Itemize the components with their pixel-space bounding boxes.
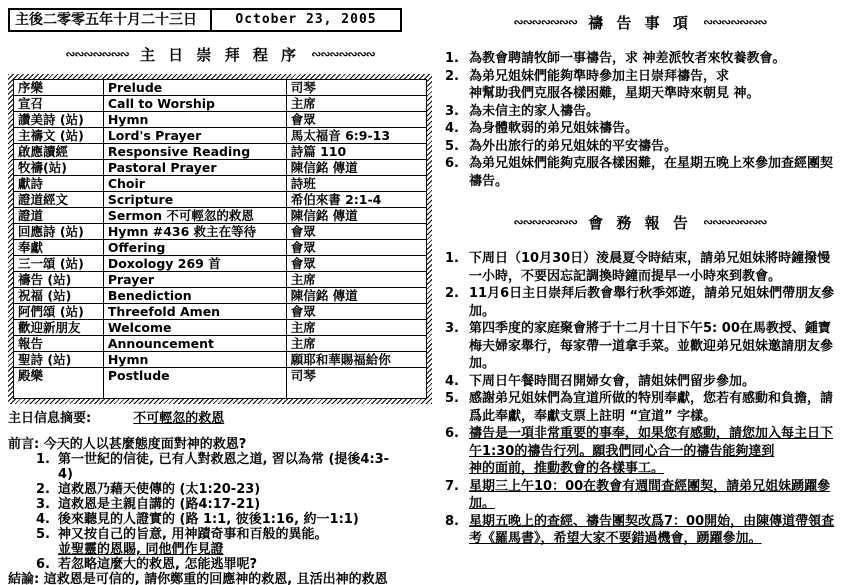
- point-text: 這救恩是主親自講的 (路4:17-21): [58, 497, 260, 512]
- point-text-line2: 並聖靈的恩賜, 同他們作見證: [58, 542, 432, 557]
- announcement-item: 4.下周日午餐時間召開婦女會，請姐妹們留步參加。: [441, 373, 839, 391]
- table-row: 序樂Prelude司琴: [14, 80, 427, 96]
- cell-en: Hymn: [103, 352, 286, 368]
- cell-cn: 回應詩 (站): [14, 224, 104, 240]
- cell-who: 會眾: [286, 112, 426, 128]
- cell-who: 會眾: [286, 240, 426, 256]
- prayer-items-title: ∾∾∾∾∾∾∾ 禱 告 事 項 ∾∾∾∾∾∾∾: [441, 12, 839, 33]
- cell-en: Choir: [103, 176, 286, 192]
- item-text: 禱告是一項非常重要的事奉，如果您有感動，請您加入每主日下午1:30的禱告行列。願…: [469, 425, 839, 478]
- cell-en: Hymn #436 救主在等待: [103, 224, 286, 240]
- item-text: 第四季度的家庭聚會將于十二月十日下午5: 00在馬教授、鍾寶梅夫婦家舉行，每家帶…: [469, 320, 839, 373]
- cell-en: Prelude: [103, 80, 286, 96]
- sermon-point: 2.這救恩乃藉天使傳的 (太1:20-23): [36, 482, 432, 497]
- cell-cn: 牧禱(站): [14, 160, 104, 176]
- table-row: 歡迎新朋友Welcome主席: [14, 320, 427, 336]
- point-text: 後來聽見的人證實的 (路 1:1, 彼後1:16, 約一1:1): [58, 512, 359, 527]
- ornament-left-icon: ∾∾∾∾∾∾∾: [514, 215, 577, 229]
- cell-cn: 聖詩 (站): [14, 352, 104, 368]
- point-number: 1.: [36, 452, 58, 482]
- right-column: ∾∾∾∾∾∾∾ 禱 告 事 項 ∾∾∾∾∾∾∾ 1.為教會聘請牧師一事禱告，求 …: [441, 6, 839, 548]
- item-number: 5.: [441, 390, 469, 425]
- cell-who: 願耶和華賜福給你: [286, 352, 426, 368]
- worship-table-border: 序樂Prelude司琴 宣召Call to Worship主席 讚美詩 (站)H…: [8, 74, 432, 404]
- prayer-item: 4.為身體軟弱的弟兄姐妹禱告。: [441, 120, 839, 138]
- prayer-item: 5.為外出旅行的弟兄姐妹的平安禱告。: [441, 138, 839, 156]
- item-number: 4.: [441, 373, 469, 391]
- table-row: 報告Announcement主席: [14, 336, 427, 352]
- table-row: 獻詩Choir詩班: [14, 176, 427, 192]
- item-text: 為外出旅行的弟兄姐妹的平安禱告。: [469, 138, 839, 156]
- cell-who: 司琴: [286, 368, 426, 399]
- item-text: 感謝弟兄姐妹們為宣道所做的特別奉獻，您若有感動和負擔，請爲此奉獻，奉獻支票上註明…: [469, 390, 839, 425]
- table-row: 三一頌 (站)Doxology 269 首會眾: [14, 256, 427, 272]
- announcements-list: 1.下周日（10月30日）淩晨夏令時結束，請弟兄姐妹將時鐘撥慢一小時，不要因忘記…: [441, 250, 839, 548]
- date-chinese: 主後二零零五年十月二十三日: [8, 8, 212, 32]
- prayer-items-list: 1.為教會聘請牧師一事禱告，求 神差派牧者來牧養教會。 2.為弟兄姐妹們能夠準時…: [441, 50, 839, 190]
- cell-cn: 獻詩: [14, 176, 104, 192]
- worship-order-title: ∾∾∾∾∾∾∾ 主 日 崇 拜 程 序 ∾∾∾∾∾∾∾: [8, 44, 432, 65]
- cell-en: Doxology 269 首: [103, 256, 286, 272]
- table-row: 證道Sermon 不可輕忽的救恩陳信銘 傳道: [14, 208, 427, 224]
- cell-en: Scripture: [103, 192, 286, 208]
- cell-cn: 序樂: [14, 80, 104, 96]
- sermon-point: 5.神又按自己的旨意, 用神蹟奇事和百般的異能。並聖靈的恩賜, 同他們作見證: [36, 527, 432, 557]
- table-row: 回應詩 (站)Hymn #436 救主在等待會眾: [14, 224, 427, 240]
- ornament-left-icon: ∾∾∾∾∾∾∾: [65, 47, 128, 61]
- cell-who: 會眾: [286, 304, 426, 320]
- cell-en: Announcement: [103, 336, 286, 352]
- prayer-item: 1.為教會聘請牧師一事禱告，求 神差派牧者來牧養教會。: [441, 50, 839, 68]
- cell-cn: 啟應讀經: [14, 144, 104, 160]
- table-row: 禱告 (站)Prayer主席: [14, 272, 427, 288]
- ornament-right-icon: ∾∾∾∾∾∾∾: [703, 15, 766, 29]
- item-number: 6.: [441, 425, 469, 478]
- cell-en: Prayer: [103, 272, 286, 288]
- point-text: 神又按自己的旨意, 用神蹟奇事和百般的異能。: [58, 527, 327, 542]
- announcement-item: 5.感謝弟兄姐妹們為宣道所做的特別奉獻，您若有感動和負擔，請爲此奉獻，奉獻支票上…: [441, 390, 839, 425]
- item-text: 11月6日主日崇拜后教會舉行秋季郊遊，請弟兄姐妹們帶朋友參加。: [469, 285, 839, 320]
- cell-en: Pastoral Prayer: [103, 160, 286, 176]
- announcements-title: ∾∾∾∾∾∾∾ 會 務 報 告 ∾∾∾∾∾∾∾: [441, 212, 839, 233]
- date-header: 主後二零零五年十月二十三日 October 23, 2005: [8, 8, 432, 32]
- ornament-right-icon: ∾∾∾∾∾∾∾: [311, 47, 374, 61]
- cell-en: Threefold Amen: [103, 304, 286, 320]
- point-number: 2.: [36, 482, 58, 497]
- cell-cn: 宣召: [14, 96, 104, 112]
- cell-cn: 奉獻: [14, 240, 104, 256]
- sermon-point: 3.這救恩是主親自講的 (路4:17-21): [36, 497, 432, 512]
- item-text: 為身體軟弱的弟兄姐妹禱告。: [469, 120, 839, 138]
- church-bulletin-page: { "date": { "cn": "主後二零零五年十月二十三日", "en":…: [0, 0, 845, 585]
- table-row: 祝福 (站)Benediction陳信銘 傳道: [14, 288, 427, 304]
- sermon-outline: 前言: 今天的人以甚麼態度面對神的救恩? 1.第一世紀的信徒, 已有人對救恩之道…: [8, 437, 432, 585]
- cell-who: 希伯來書 2:1-4: [286, 192, 426, 208]
- sermon-conclusion: 結論: 這救恩是可信的, 請你鄭重的回應神的救恩, 且活出神的救恩: [8, 572, 432, 585]
- cell-en: Hymn: [103, 112, 286, 128]
- item-text: 下周日（10月30日）淩晨夏令時結束，請弟兄姐妹將時鐘撥慢一小時，不要因忘記調換…: [469, 250, 839, 285]
- cell-cn: 讚美詩 (站): [14, 112, 104, 128]
- cell-en: Postlude: [103, 368, 286, 399]
- cell-cn: 證道: [14, 208, 104, 224]
- cell-who: 詩篇 110: [286, 144, 426, 160]
- prayer-item: 6.為弟兄姐妹們能夠克服各樣困難，在星期五晚上來參加查經團契禱告。: [441, 155, 839, 190]
- item-number: 2.: [441, 68, 469, 103]
- cell-cn: 祝福 (站): [14, 288, 104, 304]
- cell-who: 陳信銘 傳道: [286, 208, 426, 224]
- item-number: 2.: [441, 285, 469, 320]
- point-number: 4.: [36, 512, 58, 527]
- table-row: 主禱文 (站)Lord's Prayer馬太福音 6:9-13: [14, 128, 427, 144]
- item-number: 5.: [441, 138, 469, 156]
- item-text: 為弟兄姐妹們能夠克服各樣困難，在星期五晚上來參加查經團契禱告。: [469, 155, 839, 190]
- announcement-item: 7.星期三上午10：00在教會有週間查經團契，請弟兄姐妹踴躍參加。: [441, 478, 839, 513]
- item-text: 星期五晚上的查經、禱告團契改爲7：00開始，由陳傳道帶領查考《羅馬書》，希望大家…: [469, 513, 839, 548]
- cell-cn: 證道經文: [14, 192, 104, 208]
- table-row: 牧禱(站)Pastoral Prayer陳信銘 傳道: [14, 160, 427, 176]
- sermon-intro: 前言: 今天的人以甚麼態度面對神的救恩?: [8, 437, 432, 452]
- cell-en: Benediction: [103, 288, 286, 304]
- sermon-points: 1.第一世紀的信徒, 已有人對救恩之道, 習以為常 (提後4:3- 4) 2.這…: [36, 452, 432, 572]
- cell-en: Lord's Prayer: [103, 128, 286, 144]
- cell-en: Call to Worship: [103, 96, 286, 112]
- cell-en: Welcome: [103, 320, 286, 336]
- summary-label: 主日信息摘要:: [8, 411, 91, 426]
- table-row: 阿們頌 (站)Threefold Amen會眾: [14, 304, 427, 320]
- cell-who: 陳信銘 傳道: [286, 160, 426, 176]
- cell-who: 陳信銘 傳道: [286, 288, 426, 304]
- table-row: 讚美詩 (站)Hymn會眾: [14, 112, 427, 128]
- item-text: 星期三上午10：00在教會有週間查經團契，請弟兄姐妹踴躍參加。: [469, 478, 839, 513]
- item-text: 為弟兄姐妹們能夠準時參加主日崇拜禱告，求 神幫助我們克服各樣困難，星期天準時來朝…: [469, 68, 839, 103]
- point-number: 5.: [36, 527, 58, 557]
- item-number: 1.: [441, 50, 469, 68]
- sermon-point: 4.後來聽見的人證實的 (路 1:1, 彼後1:16, 約一1:1): [36, 512, 432, 527]
- announcement-item: 2.11月6日主日崇拜后教會舉行秋季郊遊，請弟兄姐妹們帶朋友參加。: [441, 285, 839, 320]
- cell-who: 詩班: [286, 176, 426, 192]
- cell-cn: 歡迎新朋友: [14, 320, 104, 336]
- cell-cn: 主禱文 (站): [14, 128, 104, 144]
- cell-who: 主席: [286, 96, 426, 112]
- table-row: 聖詩 (站)Hymn願耶和華賜福給你: [14, 352, 427, 368]
- table-row: 啟應讀經Responsive Reading詩篇 110: [14, 144, 427, 160]
- point-text: 第一世紀的信徒, 已有人對救恩之道, 習以為常 (提後4:3- 4): [58, 452, 389, 482]
- table-row: 奉獻Offering會眾: [14, 240, 427, 256]
- cell-who: 主席: [286, 320, 426, 336]
- worship-order-title-text: 主 日 崇 拜 程 序: [140, 46, 300, 64]
- date-english: October 23, 2005: [210, 8, 402, 32]
- table-row: 宣召Call to Worship主席: [14, 96, 427, 112]
- cell-en: Responsive Reading: [103, 144, 286, 160]
- announcement-item: 3.第四季度的家庭聚會將于十二月十日下午5: 00在馬教授、鍾寶梅夫婦家舉行，每…: [441, 320, 839, 373]
- table-row: 殿樂Postlude司琴: [14, 368, 427, 399]
- message-summary-line: 主日信息摘要:不可輕忽的救恩: [8, 407, 432, 426]
- item-number: 1.: [441, 250, 469, 285]
- point-text: 這救恩乃藉天使傳的 (太1:20-23): [58, 482, 260, 497]
- ornament-right-icon: ∾∾∾∾∾∾∾: [703, 215, 766, 229]
- announcement-item: 8.星期五晚上的查經、禱告團契改爲7：00開始，由陳傳道帶領查考《羅馬書》，希望…: [441, 513, 839, 548]
- cell-who: 馬太福音 6:9-13: [286, 128, 426, 144]
- item-number: 6.: [441, 155, 469, 190]
- item-text: 為未信主的家人禱告。: [469, 103, 839, 121]
- point-text: 若忽略這麼大的救恩, 怎能逃罪呢?: [58, 557, 257, 572]
- point-number: 6.: [36, 557, 58, 572]
- table-row: 證道經文Scripture希伯來書 2:1-4: [14, 192, 427, 208]
- point-number: 3.: [36, 497, 58, 512]
- item-number: 3.: [441, 103, 469, 121]
- item-number: 3.: [441, 320, 469, 373]
- announcement-item: 6.禱告是一項非常重要的事奉，如果您有感動，請您加入每主日下午1:30的禱告行列…: [441, 425, 839, 478]
- left-column: 主後二零零五年十月二十三日 October 23, 2005 ∾∾∾∾∾∾∾ 主…: [8, 8, 432, 585]
- cell-who: 司琴: [286, 80, 426, 96]
- cell-en: Sermon 不可輕忽的救恩: [103, 208, 286, 224]
- sermon-point: 1.第一世紀的信徒, 已有人對救恩之道, 習以為常 (提後4:3- 4): [36, 452, 432, 482]
- item-text: 為教會聘請牧師一事禱告，求 神差派牧者來牧養教會。: [469, 50, 839, 68]
- item-number: 8.: [441, 513, 469, 548]
- prayer-item: 2.為弟兄姐妹們能夠準時參加主日崇拜禱告，求 神幫助我們克服各樣困難，星期天準時…: [441, 68, 839, 103]
- summary-value: 不可輕忽的救恩: [133, 411, 224, 426]
- cell-who: 會眾: [286, 224, 426, 240]
- cell-en: Offering: [103, 240, 286, 256]
- cell-cn: 阿們頌 (站): [14, 304, 104, 320]
- cell-cn: 殿樂: [14, 368, 104, 399]
- item-number: 4.: [441, 120, 469, 138]
- cell-who: 主席: [286, 336, 426, 352]
- worship-order-table: 序樂Prelude司琴 宣召Call to Worship主席 讚美詩 (站)H…: [13, 79, 427, 399]
- cell-who: 會眾: [286, 256, 426, 272]
- cell-cn: 報告: [14, 336, 104, 352]
- prayer-items-title-text: 禱 告 事 項: [588, 14, 692, 32]
- prayer-item: 3.為未信主的家人禱告。: [441, 103, 839, 121]
- cell-cn: 三一頌 (站): [14, 256, 104, 272]
- item-number: 7.: [441, 478, 469, 513]
- sermon-point: 6.若忽略這麼大的救恩, 怎能逃罪呢?: [36, 557, 432, 572]
- cell-who: 主席: [286, 272, 426, 288]
- item-text: 下周日午餐時間召開婦女會，請姐妹們留步參加。: [469, 373, 839, 391]
- announcements-title-text: 會 務 報 告: [588, 214, 692, 232]
- ornament-left-icon: ∾∾∾∾∾∾∾: [514, 15, 577, 29]
- cell-cn: 禱告 (站): [14, 272, 104, 288]
- announcement-item: 1.下周日（10月30日）淩晨夏令時結束，請弟兄姐妹將時鐘撥慢一小時，不要因忘記…: [441, 250, 839, 285]
